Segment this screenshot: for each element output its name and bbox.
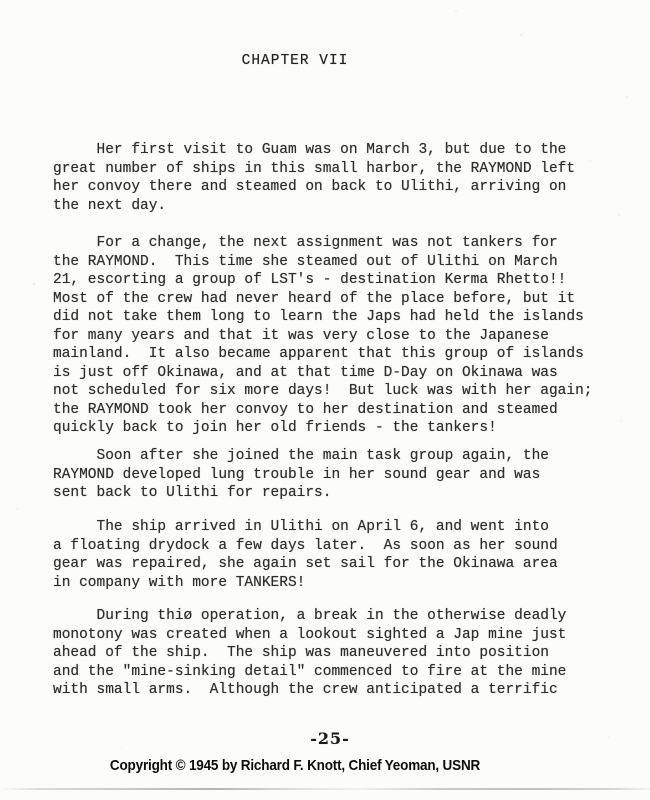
page-edge-line bbox=[0, 788, 650, 790]
page-number: -25- bbox=[0, 729, 650, 748]
paragraph-2: For a change, the next assignment was no… bbox=[53, 234, 593, 438]
document-page: CHAPTER VII Her first visit to Guam was … bbox=[0, 0, 650, 800]
paragraph-1: Her first visit to Guam was on March 3, … bbox=[53, 141, 575, 215]
scan-speckles bbox=[0, 0, 2, 2]
copyright-line: Copyright © 1945 by Richard F. Knott, Ch… bbox=[30, 757, 561, 774]
paragraph-4: The ship arrived in Ulithi on April 6, a… bbox=[53, 518, 558, 592]
paragraph-3: Soon after she joined the main task grou… bbox=[53, 447, 549, 503]
paragraph-5: During thiø operation, a break in the ot… bbox=[53, 607, 566, 700]
chapter-title: CHAPTER VII bbox=[0, 53, 590, 69]
